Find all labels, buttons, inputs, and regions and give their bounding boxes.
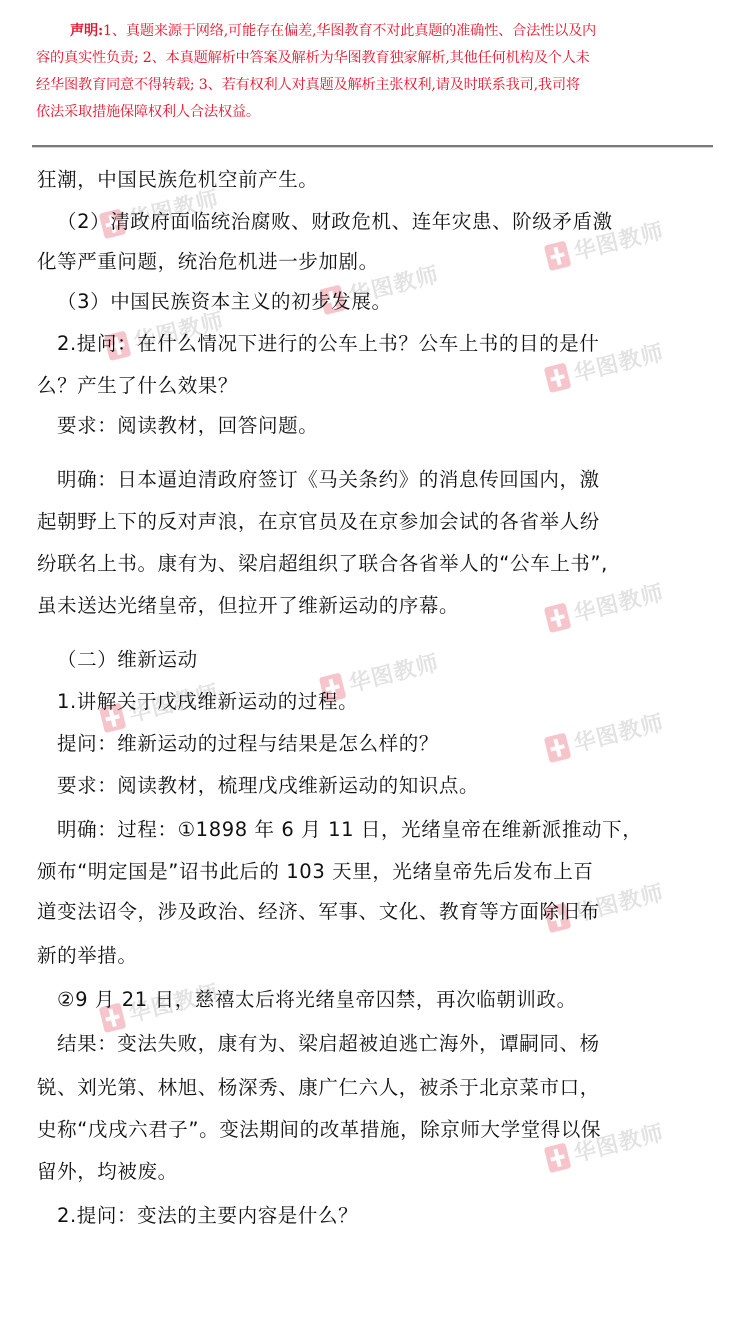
text-line: 提问：维新运动的过程与结果是怎么样的？ (57, 732, 439, 756)
disclaimer-line-2: 容的真实性负责; 2、本真题解析中答案及解析为华图教育独家解析,其他任何机构及个… (36, 45, 714, 72)
watermark-logo-icon (544, 362, 572, 393)
watermark-logo-icon (544, 732, 572, 763)
header-divider-shadow (32, 147, 713, 148)
disclaimer-block: 声明:1、真题来源于网络,可能存在偏差,华图教育不对此真题的准确性、合法性以及内… (36, 18, 714, 126)
watermark: 华图教师 (543, 576, 667, 635)
text-line: 1.讲解关于戊戌维新运动的过程。 (57, 690, 358, 714)
disclaimer-line-3: 经华图教育同意不得转载; 3、若有权利人对真题及解析主张权利,请及时联系我司,我… (36, 72, 714, 99)
text-line: 2.提问：在什么情况下进行的公车上书？公车上书的目的是什 (57, 332, 599, 356)
disclaimer-line-4: 依法采取措施保障权利人合法权益。 (36, 99, 714, 126)
watermark: 华图教师 (543, 706, 667, 765)
text-line: 颁布“明定国是”诏书此后的 103 天里，光绪皇帝先后发布上百 (37, 860, 593, 884)
watermark-text: 华图教师 (345, 646, 442, 698)
text-line: 虽未送达光绪皇帝，但拉开了维新运动的序幕。 (37, 594, 459, 618)
text-line: 明确：过程：①1898 年 6 月 11 日，光绪皇帝在维新派推动下， (57, 818, 642, 842)
section-heading: （二）维新运动 (57, 648, 198, 672)
watermark-logo-icon (544, 240, 572, 271)
text-line: 要求：阅读教材，梳理戊戌维新运动的知识点。 (57, 774, 479, 798)
watermark-logo-icon (544, 602, 572, 633)
disclaimer-text-1: 1、真题来源于网络,可能存在偏差,华图教育不对此真题的准确性、合法性以及内 (103, 23, 596, 39)
watermark-text: 华图教师 (570, 706, 667, 758)
text-line: 留外，均被废。 (37, 1160, 178, 1184)
text-line: 明确：日本逼迫清政府签订《马关条约》的消息传回国内，激 (57, 468, 600, 492)
text-line: 狂潮，中国民族危机空前产生。 (37, 168, 318, 192)
text-line: 要求：阅读教材，回答问题。 (57, 414, 318, 438)
text-line: 结果：变法失败，康有为、梁启超被迫逃亡海外，谭嗣同、杨 (57, 1032, 600, 1056)
watermark-logo-icon (544, 1142, 572, 1173)
text-line: 纷联名上书。康有为、梁启超组织了联合各省举人的“公车上书”, (37, 552, 608, 576)
text-line: ②9 月 21 日，慈禧太后将光绪皇帝囚禁，再次临朝训政。 (57, 988, 577, 1012)
text-line: 史称“戊戌六君子”。变法期间的改革措施，除京师大学堂得以保 (37, 1118, 601, 1142)
text-line: 化等严重问题，统治危机进一步加剧。 (37, 250, 379, 274)
text-line: 锐、刘光第、林旭、杨深秀、康广仁六人，被杀于北京菜市口， (37, 1076, 600, 1100)
text-line: 么？产生了什么效果？ (37, 374, 238, 398)
text-line: （2）清政府面临统治腐败、财政危机、连年灾患、阶级矛盾激 (57, 210, 613, 234)
text-line: 道变法诏令，涉及政治、经济、军事、文化、教育等方面除旧布 (37, 900, 600, 924)
disclaimer-line-1: 声明:1、真题来源于网络,可能存在偏差,华图教育不对此真题的准确性、合法性以及内 (36, 18, 714, 45)
text-line: （3）中国民族资本主义的初步发展。 (57, 290, 392, 314)
text-line: 起朝野上下的反对声浪，在京官员及在京参加会试的各省举人纷 (37, 510, 600, 534)
text-line: 2.提问：变法的主要内容是什么？ (57, 1204, 358, 1228)
watermark-text: 华图教师 (570, 576, 667, 628)
disclaimer-lead: 声明: (70, 23, 103, 39)
text-line: 新的举措。 (37, 944, 138, 968)
